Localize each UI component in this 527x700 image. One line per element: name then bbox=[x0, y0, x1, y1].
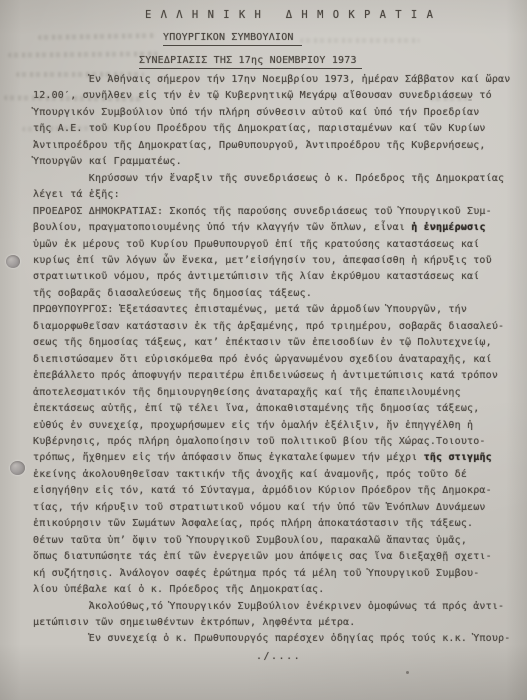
typed-text: σεως τῆς δημοσίας τάξεως, κατ’ ἐπέκτασιν… bbox=[33, 337, 492, 348]
document-line: τίας, τήν κήρυξιν τοῦ στρατιωτικοῦ νόμου… bbox=[33, 500, 503, 516]
typed-text: εἰσηγήθην εἰς τόν, κατά τό Σύνταγμα, ἁρμ… bbox=[33, 485, 492, 496]
typed-text: 12.00′, συνῆλθεν εἰς τήν ἐν τῷ Κυβερνητι… bbox=[33, 90, 492, 101]
scanned-document-page: Ε Λ Λ Η Ν Ι Κ Η Δ Η Μ Ο Κ Ρ Α Τ Ι Α ΥΠΟΥ… bbox=[0, 0, 527, 700]
document-line: κυρίως ἐπί τῶν λόγων ὧν ἕνεκα, μετ’εἰσήγ… bbox=[33, 253, 503, 269]
typed-text: εὐθύς ἐν συνεχείᾳ, προχωρήσωμεν εἰς τήν … bbox=[33, 420, 473, 431]
document-line: τῆς σοβαρᾶς διασαλεύσεως τῆς δημοσίας τά… bbox=[33, 286, 503, 302]
document-line: σεως τῆς δημοσίας τάξεως, κατ’ ἐπέκτασιν… bbox=[33, 335, 503, 351]
document-line: ΠΡΟΕΔΡΟΣ ΔΗΜΟΚΡΑΤΙΑΣ: Σκοπός τῆς παρούση… bbox=[33, 204, 503, 220]
document-line: ἐκείνης ἀκολουθηθεῖσαν τακτικήν τῆς ἀνοχ… bbox=[33, 467, 503, 483]
typed-text: τῆς Α.Ε. τοῦ Κυρίου Προέδρου τῆς Δημοκρα… bbox=[33, 123, 486, 134]
document-line: Ἀντιπροέδρου τῆς Δημοκρατίας, Πρωθυπουργ… bbox=[33, 138, 503, 154]
document-line: ἐπεβάλλετο πρός ἀποφυγήν περαιτέρω ἐπιδε… bbox=[33, 368, 503, 384]
document-line: 12.00′, συνῆλθεν εἰς τήν ἐν τῷ Κυβερνητι… bbox=[33, 88, 503, 104]
typed-text: ἐπεκτάσεως αὐτῆς, ἐπί τῷ τέλει ἵνα, ἀποκ… bbox=[33, 403, 479, 414]
header-session-date: ΣΥΝΕΔΡΙΑΣΙΣ ΤΗΣ 17ης ΝΟΕΜΒΡΙΟΥ 1973 bbox=[139, 55, 362, 69]
typed-text: ΠΡΩΘΥΠΟΥΡΓΟΣ: Ἐξετάσαντες ἐπισταμένως, μ… bbox=[33, 304, 467, 315]
document-line: Ὑπουργικόν Συμβούλιον ὑπό τήν πλήρη σύνθ… bbox=[33, 105, 503, 121]
typed-text: Θέτων ταῦτα ὑπ’ ὄψιν τοῦ Ὑπουργικοῦ Συμβ… bbox=[33, 535, 467, 546]
document-line: τῆς Α.Ε. τοῦ Κυρίου Προέδρου τῆς Δημοκρα… bbox=[33, 121, 503, 137]
header-republic: Ε Λ Λ Η Ν Ι Κ Η Δ Η Μ Ο Κ Ρ Α Τ Ι Α bbox=[145, 9, 434, 21]
paper-speck bbox=[468, 99, 472, 101]
document-line: Κυβέρνησις, πρός πλήρη ὁμαλοποίησιν τοῦ … bbox=[33, 434, 503, 450]
document-line: κή συζήτησις. Ἀνάλογον σαφές ἐρώτημα πρό… bbox=[33, 566, 503, 582]
header-council-title: ΥΠΟΥΡΓΙΚΟΝ ΣΥΜΒΟΥΛΙΟΝ bbox=[163, 32, 302, 46]
document-line: ΠΡΩΘΥΠΟΥΡΓΟΣ: Ἐξετάσαντες ἐπισταμένως, μ… bbox=[33, 302, 503, 318]
typed-text: βουλίου, πραγματοποιουμένης ὑπό τήν κλαγ… bbox=[33, 222, 411, 233]
document-line: Ἐν Ἀθήναις σήμερον τήν 17ην Νοεμβρίου 19… bbox=[33, 72, 503, 88]
typed-text: ὑμῶν ἐκ μέρους τοῦ Κυρίου Πρωθυπουργοῦ ἐ… bbox=[33, 239, 479, 250]
typed-text: κή συζήτησις. Ἀνάλογον σαφές ἐρώτημα πρό… bbox=[33, 568, 479, 579]
typed-text: ΠΡΟΕΔΡΟΣ ΔΗΜΟΚΡΑΤΙΑΣ: Σκοπός τῆς παρούση… bbox=[33, 206, 492, 217]
paper-speck bbox=[406, 671, 409, 674]
document-line: λέγει τά ἑξῆς: bbox=[33, 187, 503, 203]
typed-text: ἐκείνης ἀκολουθηθεῖσαν τακτικήν τῆς ἀνοχ… bbox=[33, 469, 467, 480]
typed-text: Ἐν συνεχείᾳ ὁ κ. Πρωθυπουργός παρέσχεν ὁ… bbox=[33, 633, 510, 644]
typed-text: λέγει τά ἑξῆς: bbox=[33, 189, 120, 200]
typed-text: Ἐν Ἀθήναις σήμερον τήν 17ην Νοεμβρίου 19… bbox=[33, 74, 510, 85]
document-line: εἰσηγήθην εἰς τόν, κατά τό Σύνταγμα, ἁρμ… bbox=[33, 483, 503, 499]
typed-text: Ὑπουργῶν καί Γραμματέως. bbox=[33, 156, 182, 167]
typed-text: ἐπικούρησιν τῶν Σωμάτων Ἀσφαλείας, πρός … bbox=[33, 518, 473, 529]
typed-text: τίας, τήν κήρυξιν τοῦ στρατιωτικοῦ νόμου… bbox=[33, 502, 486, 513]
document-line: διαμορφωθεῖσαν κατάστασιν ἐκ τῆς ἀρξαμέν… bbox=[33, 319, 503, 335]
document-line: ὅπως διατυπώσητε τάς ἐπί τῶν ἐνεργειῶν μ… bbox=[33, 549, 503, 565]
document-line: ἐπεκτάσεως αὐτῆς, ἐπί τῷ τέλει ἵνα, ἀποκ… bbox=[33, 401, 503, 417]
typed-text: στρατιωτικοῦ νόμου, πρός ἀντιμετώπισιν τ… bbox=[33, 271, 479, 282]
typed-text: Κηρύσσων τήν ἔναρξιν τῆς συνεδριάσεως ὁ … bbox=[33, 173, 504, 184]
typed-text: Ἀκολούθως,τό Ὑπουργικόν Συμβούλιον ἐνέκρ… bbox=[33, 601, 504, 612]
document-line: ἐπικούρησιν τῶν Σωμάτων Ἀσφαλείας, πρός … bbox=[33, 516, 503, 532]
document-line: διεπιστώσαμεν ὅτι εὑρισκόμεθα πρό ἑνός ὠ… bbox=[33, 352, 503, 368]
typed-text: Ἀντιπροέδρου τῆς Δημοκρατίας, Πρωθυπουργ… bbox=[33, 140, 486, 151]
typed-text: ἀποτελεσματικόν τῆς δημιουργηθείσης ἀνατ… bbox=[33, 387, 461, 398]
document-line: ὑμῶν ἐκ μέρους τοῦ Κυρίου Πρωθυπουργοῦ ἐ… bbox=[33, 237, 503, 253]
typed-text: ὅπως διατυπώσητε τάς ἐπί τῶν ἐνεργειῶν μ… bbox=[33, 551, 492, 562]
typed-text: διεπιστώσαμεν ὅτι εὑρισκόμεθα πρό ἑνός ὠ… bbox=[33, 354, 492, 365]
document-line: Θέτων ταῦτα ὑπ’ ὄψιν τοῦ Ὑπουργικοῦ Συμβ… bbox=[33, 533, 503, 549]
document-line: τρόπως, ἤχθημεν εἰς τήν ἀπόφασιν ὅπως ἐγ… bbox=[33, 450, 503, 466]
document-line: λίου ὑπέβαλε καί ὁ κ. Πρόεδρος τῆς Δημοκ… bbox=[33, 582, 503, 598]
typed-text: ἐπεβάλλετο πρός ἀποφυγήν περαιτέρω ἐπιδε… bbox=[33, 370, 498, 381]
document-line: στρατιωτικοῦ νόμου, πρός ἀντιμετώπισιν τ… bbox=[33, 269, 503, 285]
emphasized-text: τῆς στιγμῆς bbox=[424, 452, 492, 463]
document-line: Κηρύσσων τήν ἔναρξιν τῆς συνεδριάσεως ὁ … bbox=[33, 171, 503, 187]
typed-text: μετώπισιν τῶν σημειωθέντων ἐκτρόπων, ληφ… bbox=[33, 617, 355, 628]
punch-hole bbox=[10, 461, 25, 475]
footer-continuation-mark: ./.... bbox=[256, 651, 301, 662]
document-line: εὐθύς ἐν συνεχείᾳ, προχωρήσωμεν εἰς τήν … bbox=[33, 418, 503, 434]
bleedthrough-mark bbox=[38, 33, 156, 40]
document-line: βουλίου, πραγματοποιουμένης ὑπό τήν κλαγ… bbox=[33, 220, 503, 236]
typed-text: διαμορφωθεῖσαν κατάστασιν ἐκ τῆς ἀρξαμέν… bbox=[33, 321, 504, 332]
document-line: ἀποτελεσματικόν τῆς δημιουργηθείσης ἀνατ… bbox=[33, 385, 503, 401]
punch-hole bbox=[6, 255, 20, 268]
typed-text: τρόπως, ἤχθημεν εἰς τήν ἀπόφασιν ὅπως ἐγ… bbox=[33, 452, 424, 463]
typed-text: κυρίως ἐπί τῶν λόγων ὧν ἕνεκα, μετ’εἰσήγ… bbox=[33, 255, 492, 266]
bleedthrough-mark bbox=[300, 38, 420, 43]
document-line: μετώπισιν τῶν σημειωθέντων ἐκτρόπων, ληφ… bbox=[33, 615, 503, 631]
document-body: Ἐν Ἀθήναις σήμερον τήν 17ην Νοεμβρίου 19… bbox=[33, 72, 503, 648]
typed-text: λίου ὑπέβαλε καί ὁ κ. Πρόεδρος τῆς Δημοκ… bbox=[33, 584, 324, 595]
emphasized-text: ἡ ἐνημέρωσις bbox=[411, 222, 485, 233]
typed-text: Κυβέρνησις, πρός πλήρη ὁμαλοποίησιν τοῦ … bbox=[33, 436, 486, 447]
document-line: Ἐν συνεχείᾳ ὁ κ. Πρωθυπουργός παρέσχεν ὁ… bbox=[33, 631, 503, 647]
document-line: Ἀκολούθως,τό Ὑπουργικόν Συμβούλιον ἐνέκρ… bbox=[33, 599, 503, 615]
bleedthrough-mark bbox=[8, 51, 158, 57]
document-line: Ὑπουργῶν καί Γραμματέως. bbox=[33, 154, 503, 170]
typed-text: Ὑπουργικόν Συμβούλιον ὑπό τήν πλήρη σύνθ… bbox=[33, 107, 479, 118]
typed-text: τῆς σοβαρᾶς διασαλεύσεως τῆς δημοσίας τά… bbox=[33, 288, 312, 299]
